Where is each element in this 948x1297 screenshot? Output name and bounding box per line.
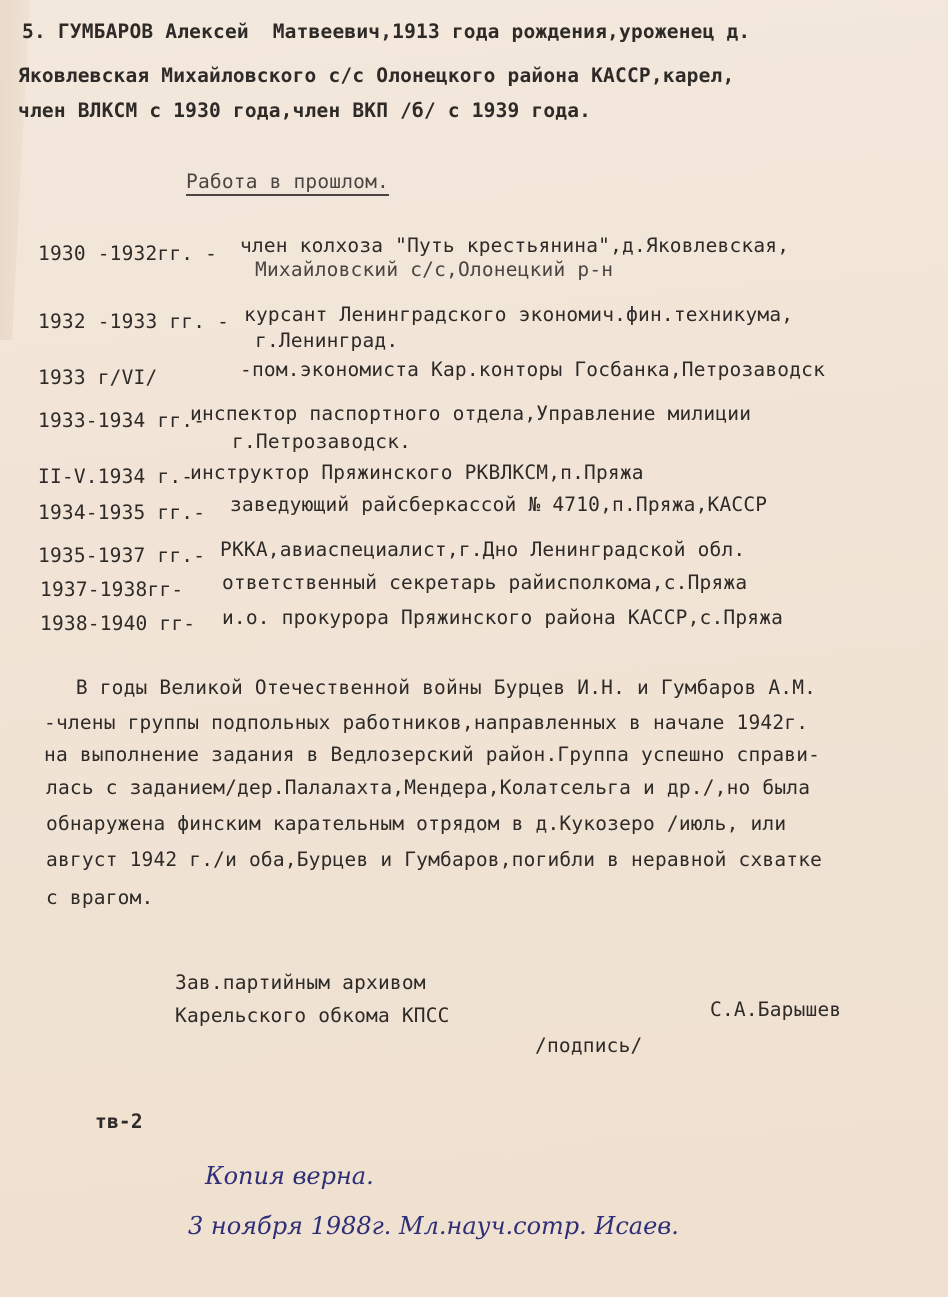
work-text-cont: г.Ленинград.	[255, 331, 398, 351]
handwritten-date-signature: 3 ноября 1988г. Мл.науч.сотр. Исаев.	[188, 1212, 679, 1240]
work-text: ответственный секретарь райисполкома,с.П…	[210, 573, 747, 593]
work-period: 1935-1937 гг.-	[38, 546, 205, 566]
paragraph-line: август 1942 г./и оба,Бурцев и Гумбаров,п…	[46, 850, 822, 870]
handwritten-certification: Копия верна.	[205, 1162, 374, 1190]
work-text: инструктор Пряжинского РКВЛКСМ,п.Пряжа	[190, 463, 644, 483]
paragraph-line: на выполнение задания в Ведлозерский рай…	[44, 745, 820, 765]
document-code: тв-2	[95, 1112, 143, 1132]
work-period: II-V.1934 г.-	[38, 467, 193, 487]
work-period: 1933 г/VI/	[38, 368, 157, 388]
work-text: -пом.экономиста Кар.конторы Госбанка,Пет…	[240, 360, 825, 380]
paragraph-line: лась с заданием/дер.Палалахта,Мендера,Ко…	[46, 778, 810, 798]
signature-position-1: Зав.партийным архивом	[175, 973, 426, 993]
signature-position-2: Карельского обкома КПСС	[175, 1006, 450, 1026]
section-title: Работа в прошлом.	[186, 172, 389, 192]
paragraph-line: -члены группы подпольных работников,напр…	[44, 713, 808, 733]
paragraph-line: В годы Великой Отечественной войны Бурце…	[40, 678, 816, 698]
header-line-3: член ВЛКСМ с 1930 года,член ВКП /б/ с 19…	[18, 101, 591, 121]
header-line-1: 5. ГУМБАРОВ Алексей Матвеевич,1913 года …	[22, 22, 750, 42]
work-period: 1937-1938гг-	[40, 580, 183, 600]
work-period: 1938-1940 гг-	[40, 614, 195, 634]
work-text: и.о. прокурора Пряжинского района КАССР,…	[210, 608, 783, 628]
work-text: заведующий райсберкассой № 4710,п.Пряжа,…	[218, 495, 767, 515]
paragraph-line: обнаружена финским карательным отрядом в…	[46, 814, 786, 834]
work-text-cont: г.Петрозаводск.	[232, 432, 411, 452]
signature-note: /подпись/	[535, 1036, 642, 1056]
work-text: член колхоза "Путь крестьянина",д.Яковле…	[228, 236, 789, 256]
work-text: РККА,авиаспециалист,г.Дно Ленинградской …	[220, 540, 745, 560]
work-period: 1934-1935 гг.-	[38, 503, 205, 523]
work-period: 1932 -1933 гг. -	[38, 312, 229, 332]
work-period: 1933-1934 гг.-	[38, 411, 205, 431]
work-text-cont: Михайловский с/с,Олонецкий р-н	[255, 260, 613, 280]
work-period: 1930 -1932гг. -	[38, 244, 217, 264]
paper-fold	[0, 0, 30, 340]
work-text: инспектор паспортного отдела,Управление …	[190, 404, 751, 424]
work-text: курсант Ленинградского экономич.фин.техн…	[244, 305, 793, 325]
document-page: 5. ГУМБАРОВ Алексей Матвеевич,1913 года …	[0, 0, 948, 1297]
header-line-2: Яковлевская Михайловского с/с Олонецкого…	[18, 66, 734, 86]
paragraph-line: с врагом.	[46, 888, 153, 908]
signature-name: С.А.Барышев	[710, 1000, 841, 1020]
